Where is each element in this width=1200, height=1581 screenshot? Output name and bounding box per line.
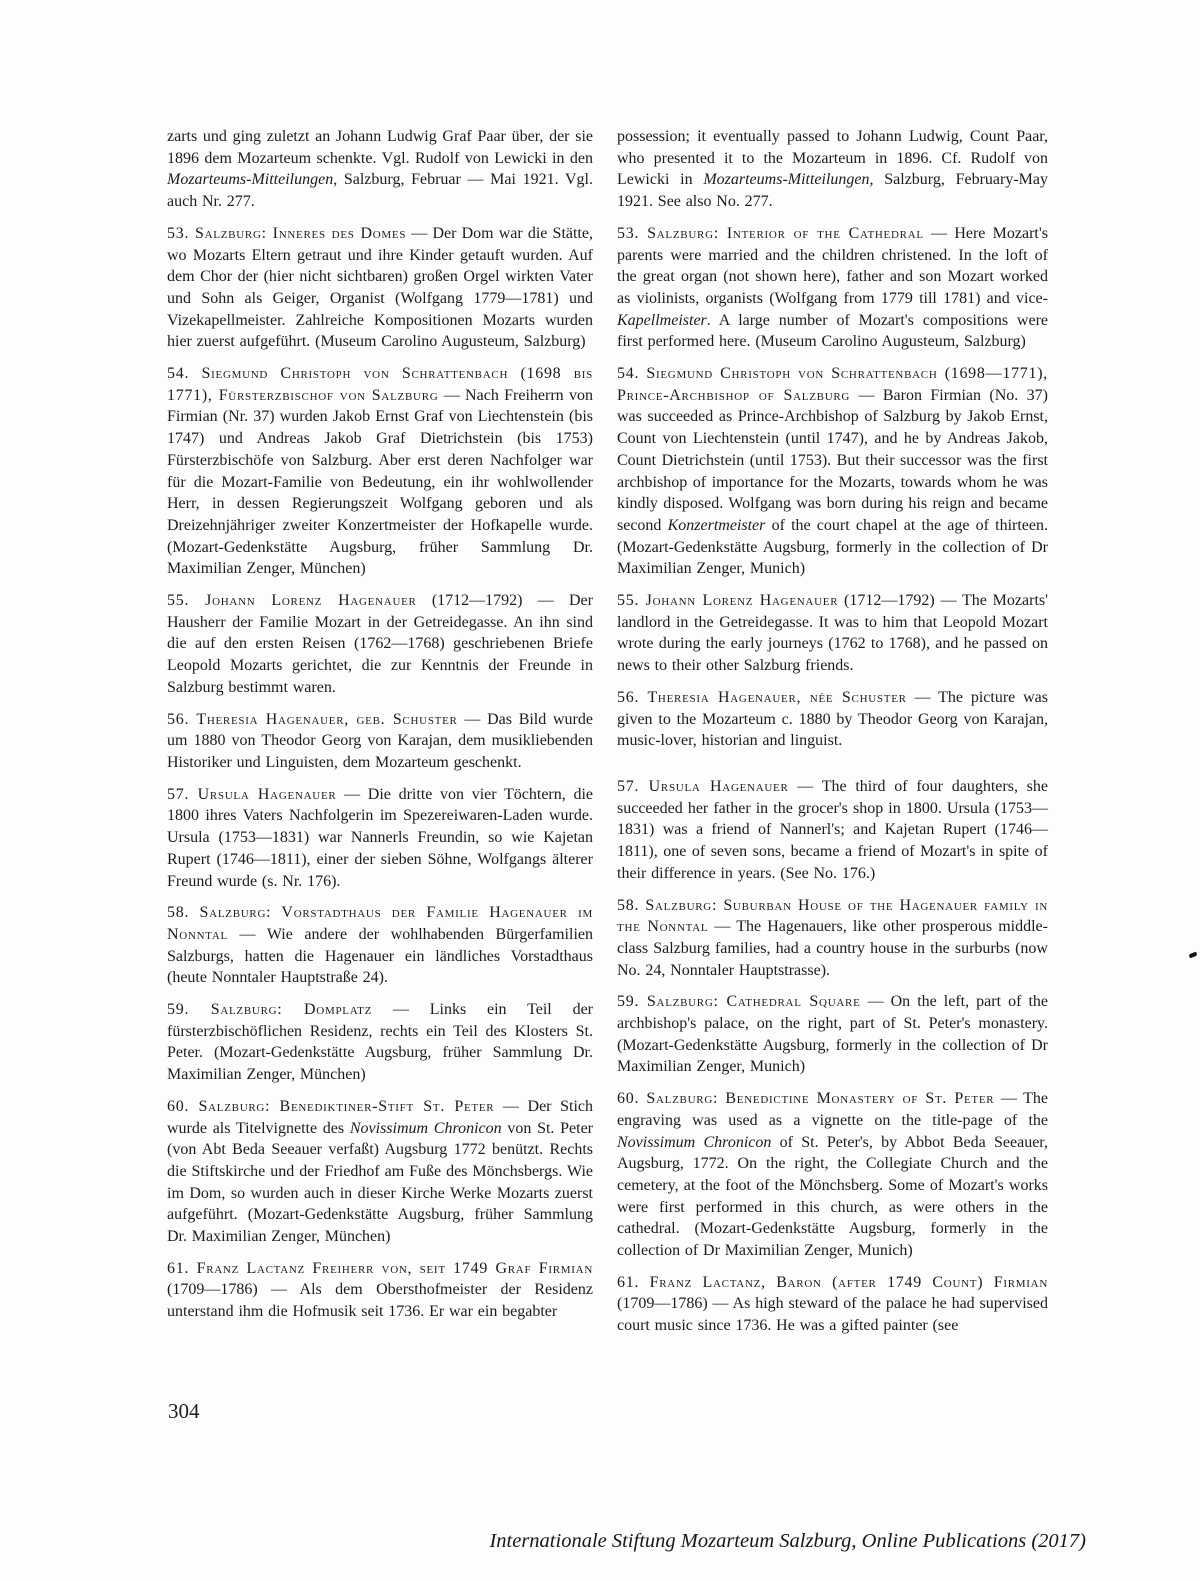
column-right: possession; it eventually passed to Joha… bbox=[617, 126, 1048, 1347]
entry-54-en: 54. Siegmund Christoph von Schrattenbach… bbox=[617, 363, 1048, 580]
entry-58-de: 58. Salzburg: Vorstadthaus der Familie H… bbox=[167, 902, 593, 989]
entry-61-en: 61. Franz Lactanz, Baron (after 1749 Cou… bbox=[617, 1272, 1048, 1337]
entry-58-en: 58. Salzburg: Suburban House of the Hage… bbox=[617, 895, 1048, 982]
entry-53-en: 53. Salzburg: Interior of the Cathedral … bbox=[617, 223, 1048, 353]
entry-52-continuation-en: possession; it eventually passed to Joha… bbox=[617, 126, 1048, 213]
entry-60-en: 60. Salzburg: Benedictine Monastery of S… bbox=[617, 1088, 1048, 1262]
entry-57-en: 57. Ursula Hagenauer — The third of four… bbox=[617, 776, 1048, 885]
page-number: 304 bbox=[168, 1399, 200, 1423]
ink-speck bbox=[1189, 952, 1198, 959]
book-page: zarts und ging zuletzt an Johann Ludwig … bbox=[0, 0, 1200, 1581]
entry-55-en: 55. Johann Lorenz Hagenauer (1712—1792) … bbox=[617, 590, 1048, 677]
entry-57-de: 57. Ursula Hagenauer — Die dritte von vi… bbox=[167, 784, 593, 893]
entry-56-en: 56. Theresia Hagenauer, née Schuster — T… bbox=[617, 687, 1048, 752]
entry-59-de: 59. Salzburg: Domplatz — Links ein Teil … bbox=[167, 999, 593, 1086]
entry-55-de: 55. Johann Lorenz Hagenauer (1712—1792) … bbox=[167, 590, 593, 699]
entry-61-de: 61. Franz Lactanz Freiherr von, seit 174… bbox=[167, 1258, 593, 1323]
entry-53-de: 53. Salzburg: Inneres des Domes — Der Do… bbox=[167, 223, 593, 353]
entry-56-de: 56. Theresia Hagenauer, geb. Schuster — … bbox=[167, 709, 593, 774]
column-left: zarts und ging zuletzt an Johann Ludwig … bbox=[167, 126, 593, 1333]
publication-footer: Internationale Stiftung Mozarteum Salzbu… bbox=[489, 1530, 1086, 1553]
entry-60-de: 60. Salzburg: Benediktiner-Stift St. Pet… bbox=[167, 1096, 593, 1248]
entry-54-de: 54. Siegmund Christoph von Schrattenbach… bbox=[167, 363, 593, 580]
entry-52-continuation-de: zarts und ging zuletzt an Johann Ludwig … bbox=[167, 126, 593, 213]
entry-59-en: 59. Salzburg: Cathedral Square — On the … bbox=[617, 991, 1048, 1078]
